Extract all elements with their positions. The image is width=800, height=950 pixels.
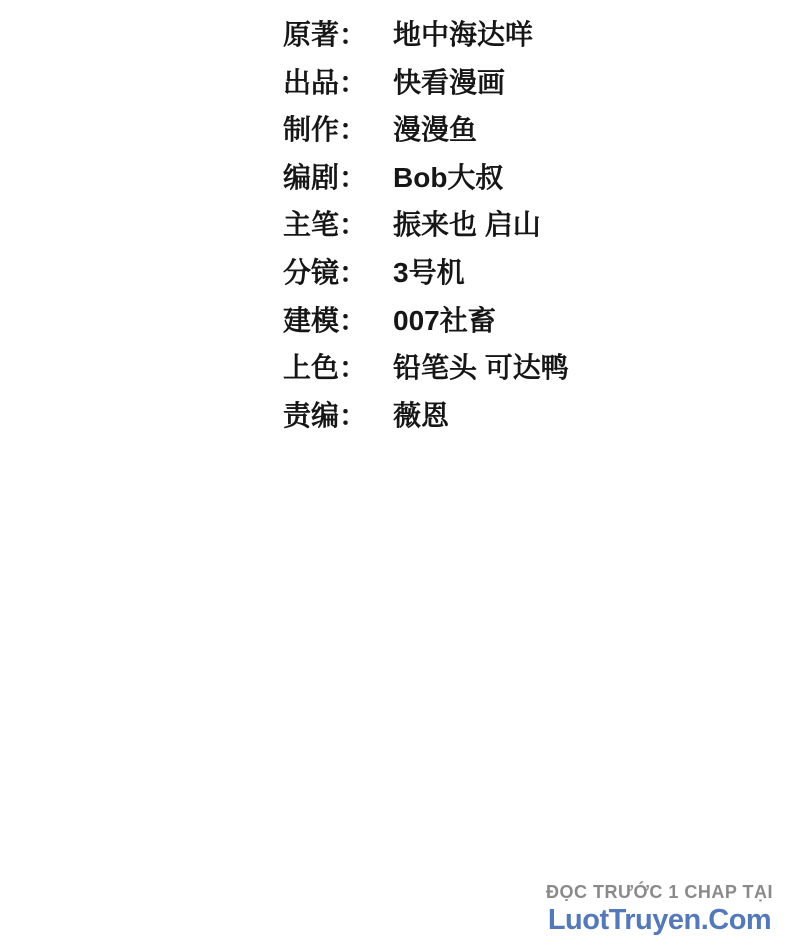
- credit-name-value: 铅笔头 可达鸭: [393, 344, 569, 392]
- credit-line: 原著： 地中海达咩: [283, 11, 569, 59]
- credit-line: 出品： 快看漫画: [283, 59, 569, 107]
- credit-role-label: 主笔：: [283, 201, 393, 249]
- credit-name-value: 漫漫鱼: [393, 106, 477, 154]
- credit-line: 建模： 007社畜: [283, 297, 569, 345]
- credit-line: 主笔： 振来也 启山: [283, 201, 569, 249]
- manga-credits-page: 原著： 地中海达咩 出品： 快看漫画 制作： 漫漫鱼 编剧： Bob大叔 主笔：…: [0, 0, 800, 950]
- credit-line: 上色： 铅笔头 可达鸭: [283, 344, 569, 392]
- credit-name-value: 007社畜: [393, 297, 496, 345]
- credit-role-label: 分镜：: [283, 249, 393, 297]
- credit-role-label: 上色：: [283, 344, 393, 392]
- credit-role-label: 原著：: [283, 11, 393, 59]
- watermark-tagline: ĐỌC TRƯỚC 1 CHAP TẠI: [546, 882, 773, 903]
- watermark-site-link[interactable]: LuotTruyen.Com: [546, 904, 773, 937]
- credit-name-value: Bob大叔: [393, 154, 503, 202]
- credit-name-value: 地中海达咩: [393, 11, 533, 59]
- credit-name-value: 薇恩: [393, 392, 449, 440]
- credit-name-value: 3号机: [393, 249, 465, 297]
- credit-role-label: 编剧：: [283, 154, 393, 202]
- credit-line: 编剧： Bob大叔: [283, 154, 569, 202]
- credit-name-value: 振来也 启山: [393, 201, 541, 249]
- credit-line: 分镜： 3号机: [283, 249, 569, 297]
- credit-role-label: 建模：: [283, 297, 393, 345]
- credit-line: 责编： 薇恩: [283, 392, 569, 440]
- credit-line: 制作： 漫漫鱼: [283, 106, 569, 154]
- credit-role-label: 出品：: [283, 59, 393, 107]
- credit-role-label: 责编：: [283, 392, 393, 440]
- credit-role-label: 制作：: [283, 106, 393, 154]
- credits-block: 原著： 地中海达咩 出品： 快看漫画 制作： 漫漫鱼 编剧： Bob大叔 主笔：…: [283, 11, 569, 439]
- credit-name-value: 快看漫画: [393, 59, 505, 107]
- site-watermark: ĐỌC TRƯỚC 1 CHAP TẠI LuotTruyen.Com: [546, 882, 773, 937]
